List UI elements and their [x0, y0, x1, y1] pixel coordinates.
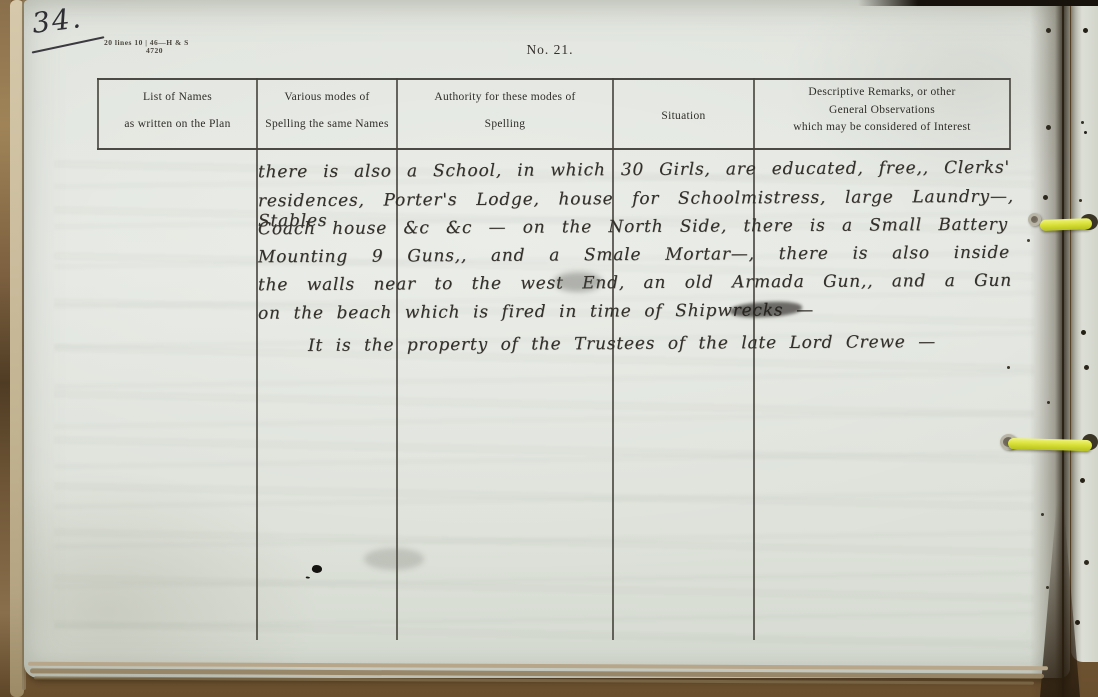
- column-header-descriptive-remarks: Descriptive Remarks, or other General Ob…: [755, 85, 1009, 145]
- header-line: General Observations: [829, 103, 935, 117]
- column-header-list-of-names: List of Names as written on the Plan: [99, 85, 256, 145]
- worm-holes: [1046, 28, 1051, 33]
- manuscript-line-7: It is the property of the Trustees of th…: [308, 332, 936, 356]
- manuscript-line-1: there is also a School, in which 30 Girl…: [258, 158, 1010, 183]
- folio-number: 34.: [30, 1, 84, 40]
- table-right-border: [1009, 78, 1011, 150]
- column-header-various-modes: Various modes of Spelling the same Names: [258, 85, 396, 145]
- paper-smudge: [364, 548, 424, 570]
- scanned-ledger-photo: 34. 20 lines 10 | 46—H & S 4720 No. 21. …: [0, 0, 1098, 697]
- manuscript-line-3: Coach house &c &c — on the North Side, t…: [258, 215, 1008, 240]
- header-line: as written on the Plan: [124, 117, 230, 131]
- header-line: which may be considered of Interest: [793, 120, 971, 134]
- header-line: Situation: [661, 109, 705, 123]
- binding-string-1: [1040, 218, 1092, 231]
- column-header-situation: Situation: [614, 85, 753, 145]
- printer-imprint: 20 lines 10 | 46—H & S 4720: [104, 39, 189, 55]
- header-line: Spelling: [485, 117, 526, 131]
- ink-smudge: [554, 272, 602, 292]
- photo-top-edge: [858, 0, 1098, 6]
- header-line: Various modes of: [284, 90, 369, 104]
- manuscript-line-4: Mounting 9 Guns,, and a Smale Mortar—, t…: [258, 243, 1010, 268]
- header-line: Spelling the same Names: [265, 117, 388, 131]
- table-top-rule: [97, 78, 1010, 80]
- manuscript-line-5: the walls near to the west End, an old A…: [258, 271, 1012, 296]
- printer-imprint-line2: 4720: [104, 47, 189, 55]
- column-header-authority: Authority for these modes of Spelling: [398, 85, 612, 145]
- binding-string-2: [1008, 438, 1092, 451]
- header-line: List of Names: [143, 90, 212, 104]
- header-line: Authority for these modes of: [434, 90, 575, 104]
- form-number: No. 21.: [505, 42, 595, 58]
- table-header-rule: [97, 148, 1010, 150]
- ink-blot: [311, 564, 323, 575]
- folio-number-text: 34.: [30, 1, 84, 40]
- ledger-page: 34. 20 lines 10 | 46—H & S 4720 No. 21. …: [24, 0, 1070, 678]
- header-line: Descriptive Remarks, or other: [808, 85, 955, 99]
